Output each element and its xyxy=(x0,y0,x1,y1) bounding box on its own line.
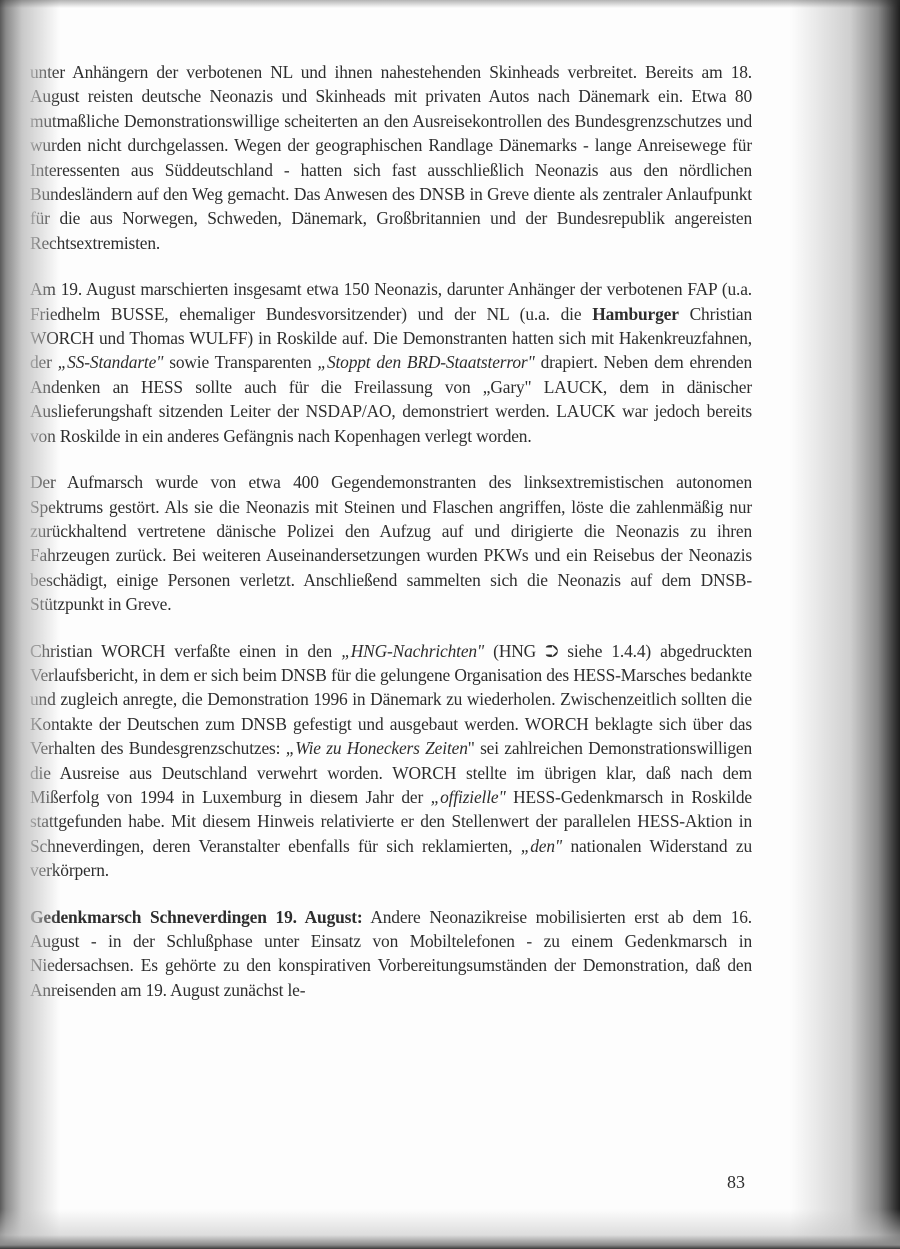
italic-quote-hng-nachrichten: „HNG-Nachrichten" xyxy=(341,641,484,661)
page-body-text: unter Anhängern der verbotenen NL und ih… xyxy=(30,60,752,1026)
text-segment: Der Aufmarsch wurde von etwa 400 Gegende… xyxy=(30,472,752,614)
scan-shadow-bottom xyxy=(0,1209,900,1249)
italic-quote-den: „den" xyxy=(521,836,562,856)
italic-quote-staatsterror: „Stoppt den BRD-Staatsterror" xyxy=(317,352,534,372)
text-segment: sowie Transparenten xyxy=(163,352,317,372)
paragraph-schneverdingen: Gedenkmarsch Schneverdingen 19. August: … xyxy=(30,905,752,1003)
scan-shadow-right xyxy=(790,0,900,1249)
bold-text-hamburger: Hamburger xyxy=(592,304,679,324)
paragraph-counter-demonstration: Der Aufmarsch wurde von etwa 400 Gegende… xyxy=(30,470,752,616)
scanned-document-page: unter Anhängern der verbotenen NL und ih… xyxy=(0,0,900,1249)
paragraph-worch-report: Christian WORCH verfaßte einen in den „H… xyxy=(30,639,752,883)
italic-quote-offizielle: „offizielle" xyxy=(431,787,506,807)
italic-quote-honecker: „Wie zu Honeckers Zeiten xyxy=(286,738,468,758)
text-segment: unter Anhängern der verbotenen NL und ih… xyxy=(30,62,752,253)
italic-quote-ss-standarte: „SS-Standarte" xyxy=(58,352,164,372)
section-heading-inline: Gedenkmarsch Schneverdingen 19. August: xyxy=(30,907,363,927)
page-number: 83 xyxy=(727,1172,745,1193)
text-segment: Christian WORCH verfaßte einen in den xyxy=(30,641,341,661)
paragraph-danish-arrival: unter Anhängern der verbotenen NL und ih… xyxy=(30,60,752,255)
scan-shadow-top xyxy=(0,0,900,8)
paragraph-roskilde-march: Am 19. August marschierten insgesamt etw… xyxy=(30,277,752,448)
